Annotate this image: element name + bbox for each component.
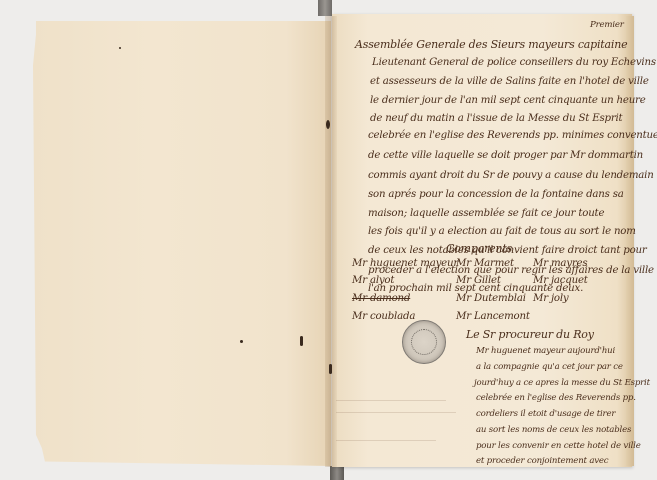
bleed-through: [336, 440, 436, 441]
manuscript-line: a la compagnie qu'a cet jour par ce: [476, 362, 623, 372]
attendee-name: Mr mayres: [533, 258, 587, 269]
manuscript-line: Assemblée Generale des Sieurs mayeurs ca…: [355, 38, 627, 51]
manuscript-line: le dernier jour de l'an mil sept cent ci…: [370, 95, 646, 106]
manuscript-line: son aprés pour la concession de la fonta…: [368, 189, 624, 200]
attendee-name: Mr Dutemblai: [456, 293, 526, 304]
binding-strip-top: [318, 0, 332, 16]
manuscript-line: Lieutenant General de police conseillers…: [372, 57, 656, 68]
manuscript-line: celebrée en l'eglise des Reverends pp. m…: [368, 130, 657, 141]
ink-speck: [329, 364, 332, 374]
bleed-through: [336, 412, 456, 413]
ink-speck: [119, 47, 121, 49]
manuscript-line: commis ayant droit du Sr de pouvy a caus…: [368, 170, 654, 181]
manuscript-line: cordeliers il etoit d'usage de tirer: [476, 409, 615, 419]
manuscript-line: Mr huguenet mayeur aujourd'hui: [476, 346, 615, 356]
manuscript-line: au sort les noms de ceux les notables: [476, 425, 631, 435]
manuscript-line: celebrée en l'eglise des Reverends pp.: [476, 393, 636, 403]
page-header-mark: Premier: [590, 20, 624, 30]
bleed-through: [336, 400, 446, 401]
manuscript-line: maison; laquelle assemblée se fait ce jo…: [368, 208, 604, 219]
manuscript-line: et assesseurs de la ville de Salins fait…: [370, 76, 649, 87]
seal-stamp-icon: [402, 320, 446, 364]
binding-strip-bottom: [330, 466, 344, 480]
attendee-name: Mr Lancemont: [456, 311, 530, 322]
manuscript-line: de cette ville laquelle se doit proger p…: [368, 150, 643, 161]
attendees-heading: Comparents: [446, 242, 512, 255]
left-page-blank: [33, 21, 331, 466]
manuscript-line: et proceder conjointement avec: [476, 456, 608, 466]
attendee-name: Mr Marmet: [456, 258, 514, 269]
manuscript-line: Le Sr procureur du Roy: [466, 328, 594, 341]
attendee-name: Mr jacquet: [533, 275, 588, 286]
manuscript-line: pour les convenir en cette hotel de vill…: [476, 441, 641, 451]
manuscript-line: jourd'huy a ce apres la messe du St Espr…: [474, 378, 650, 388]
attendee-name-struck: Mr damond: [352, 293, 410, 304]
ink-speck: [300, 336, 303, 346]
attendee-name: Mr alyot: [352, 275, 394, 286]
attendee-name: Mr joly: [533, 293, 568, 304]
manuscript-line: de neuf du matin a l'issue de la Messe d…: [370, 113, 622, 124]
attendee-name: Mr Gillet: [456, 275, 501, 286]
ink-speck: [326, 120, 330, 129]
ink-speck: [240, 340, 243, 343]
attendee-name: Mr huguenet mayeur: [352, 258, 458, 269]
attendee-name: Mr coublada: [352, 311, 415, 322]
manuscript-line: les fois qu'il y a election au fait de t…: [368, 226, 636, 237]
seal-inner-ring: [411, 329, 437, 355]
